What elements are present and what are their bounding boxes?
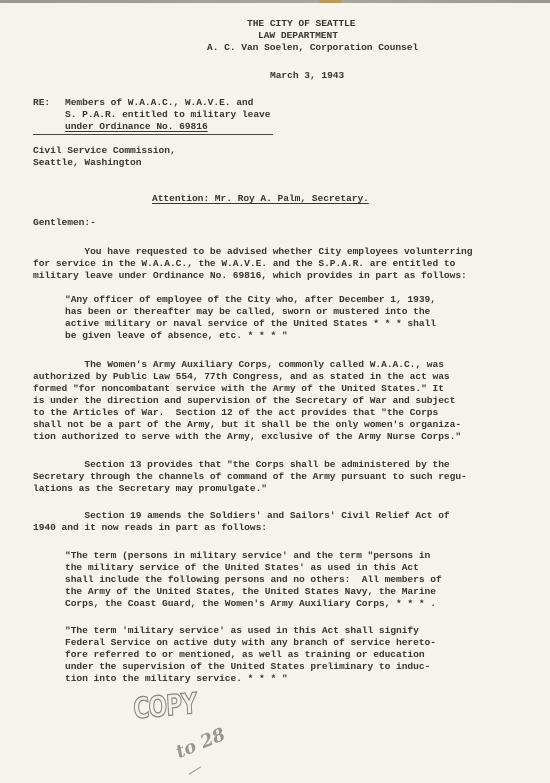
quote-3-line: fore referred to or mentioned, as well a… bbox=[65, 649, 425, 660]
re-line-1: Members of W.A.A.C., W.A.V.E. and bbox=[65, 97, 253, 108]
letter-date: March 3, 1943 bbox=[270, 70, 344, 81]
re-line-2: S. P.A.R. entitled to military leave bbox=[65, 109, 270, 120]
salutation: Gentlemen:- bbox=[33, 217, 96, 228]
paragraph-4-line: 1940 and it now reads in part as follows… bbox=[33, 522, 267, 533]
re-line-3: under Ordinance No. 69816 bbox=[65, 121, 208, 132]
paragraph-2-line: tion authorized to serve with the Army, … bbox=[33, 431, 461, 442]
paragraph-2-line: The Women's Army Auxiliary Corps, common… bbox=[33, 359, 444, 370]
paragraph-2-line: is under the direction and supervision o… bbox=[33, 395, 455, 406]
paragraph-1-line: military leave under Ordinance No. 69816… bbox=[33, 270, 467, 281]
paragraph-2-line: formed "for noncombatant service with th… bbox=[33, 383, 444, 394]
paragraph-1-line: for service in the W.A.A.C., the W.A.V.E… bbox=[33, 258, 455, 269]
quote-2-line: "The term (persons in military service' … bbox=[65, 550, 430, 561]
handwritten-note: to 28 bbox=[175, 729, 227, 759]
paragraph-3-line: Secretary through the channels of comman… bbox=[33, 471, 467, 482]
quote-3-line: tion into the military service. * * * " bbox=[65, 673, 288, 684]
paragraph-2-line: shall not be a part of the Army, but it … bbox=[33, 419, 461, 430]
quote-3-line: under the supervision of the United Stat… bbox=[65, 661, 430, 672]
paragraph-1-line: You have requested to be advised whether… bbox=[33, 246, 472, 257]
handwritten-mark bbox=[189, 766, 201, 774]
re-label: RE: bbox=[33, 97, 50, 108]
letterhead-counsel: A. C. Van Soelen, Corporation Counsel bbox=[207, 42, 418, 53]
quote-1-line: "Any officer of employee of the City who… bbox=[65, 294, 436, 305]
quote-2-line: the Army of the United States, the Unite… bbox=[65, 586, 436, 597]
quote-2-line: the military service of the United State… bbox=[65, 562, 419, 573]
addressee-line-2: Seattle, Washington bbox=[33, 157, 141, 168]
letterhead-department: LAW DEPARTMENT bbox=[258, 30, 338, 41]
quote-1-line: has been or thereafter may be called, sw… bbox=[65, 306, 430, 317]
addressee-line-1: Civil Service Commission, bbox=[33, 145, 176, 156]
quote-2-line: Corps, the Coast Guard, the Women's Army… bbox=[65, 598, 436, 609]
letterhead-city: THE CITY OF SEATTLE bbox=[247, 18, 355, 29]
re-underline bbox=[33, 134, 273, 135]
letter-page: THE CITY OF SEATTLE LAW DEPARTMENT A. C.… bbox=[0, 0, 550, 783]
quote-2-line: shall include the following persons and … bbox=[65, 574, 442, 585]
quote-1-line: active military or naval service of the … bbox=[65, 318, 436, 329]
paragraph-3-line: Section 13 provides that "the Corps shal… bbox=[33, 459, 450, 470]
paragraph-4-line: Section 19 amends the Soldiers' and Sail… bbox=[33, 510, 450, 521]
quote-3-line: Federal Service on active duty with any … bbox=[65, 637, 436, 648]
copy-stamp: COPY bbox=[133, 697, 197, 717]
paragraph-3-line: lations as the Secretary may promulgate.… bbox=[33, 483, 267, 494]
attention-line: Attention: Mr. Roy A. Palm, Secretary. bbox=[152, 193, 369, 204]
paragraph-2-line: to the Articles of War. Section 12 of th… bbox=[33, 407, 438, 418]
quote-1-line: be given leave of absence, etc. * * * " bbox=[65, 330, 288, 341]
quote-3-line: "The term 'military service' as used in … bbox=[65, 625, 419, 636]
paragraph-2-line: authorized by Public Law 554, 77th Congr… bbox=[33, 371, 450, 382]
